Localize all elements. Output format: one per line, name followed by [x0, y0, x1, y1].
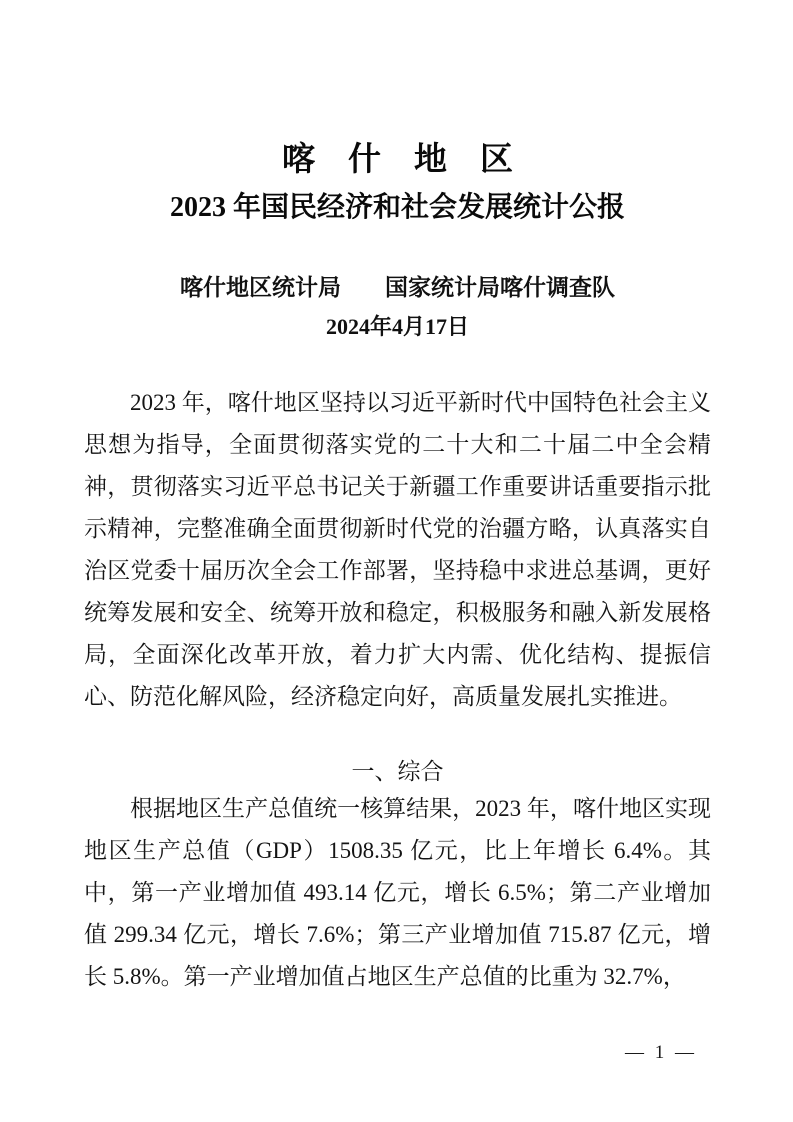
section-1-heading: 一、综合 — [84, 756, 711, 786]
doc-title-bulletin: 2023 年国民经济和社会发展统计公报 — [84, 190, 711, 226]
byline-org-survey-team: 国家统计局喀什调查队 — [385, 274, 615, 300]
section-1-paragraph-1: 根据地区生产总值统一核算结果，2023 年，喀什地区实现地区生产总值（GDP）1… — [84, 788, 711, 998]
byline: 喀什地区统计局 国家统计局喀什调查队 — [84, 274, 711, 300]
publish-date: 2024年4月17日 — [84, 314, 711, 340]
page-number: — 1 — — [625, 1042, 697, 1064]
intro-paragraph: 2023 年，喀什地区坚持以习近平新时代中国特色社会主义思想为指导，全面贯彻落实… — [84, 382, 711, 718]
document-page: 喀 什 地 区 2023 年国民经济和社会发展统计公报 喀什地区统计局 国家统计… — [0, 0, 793, 1122]
doc-title-region: 喀 什 地 区 — [84, 142, 711, 179]
byline-org-statistics-bureau: 喀什地区统计局 — [180, 274, 341, 300]
